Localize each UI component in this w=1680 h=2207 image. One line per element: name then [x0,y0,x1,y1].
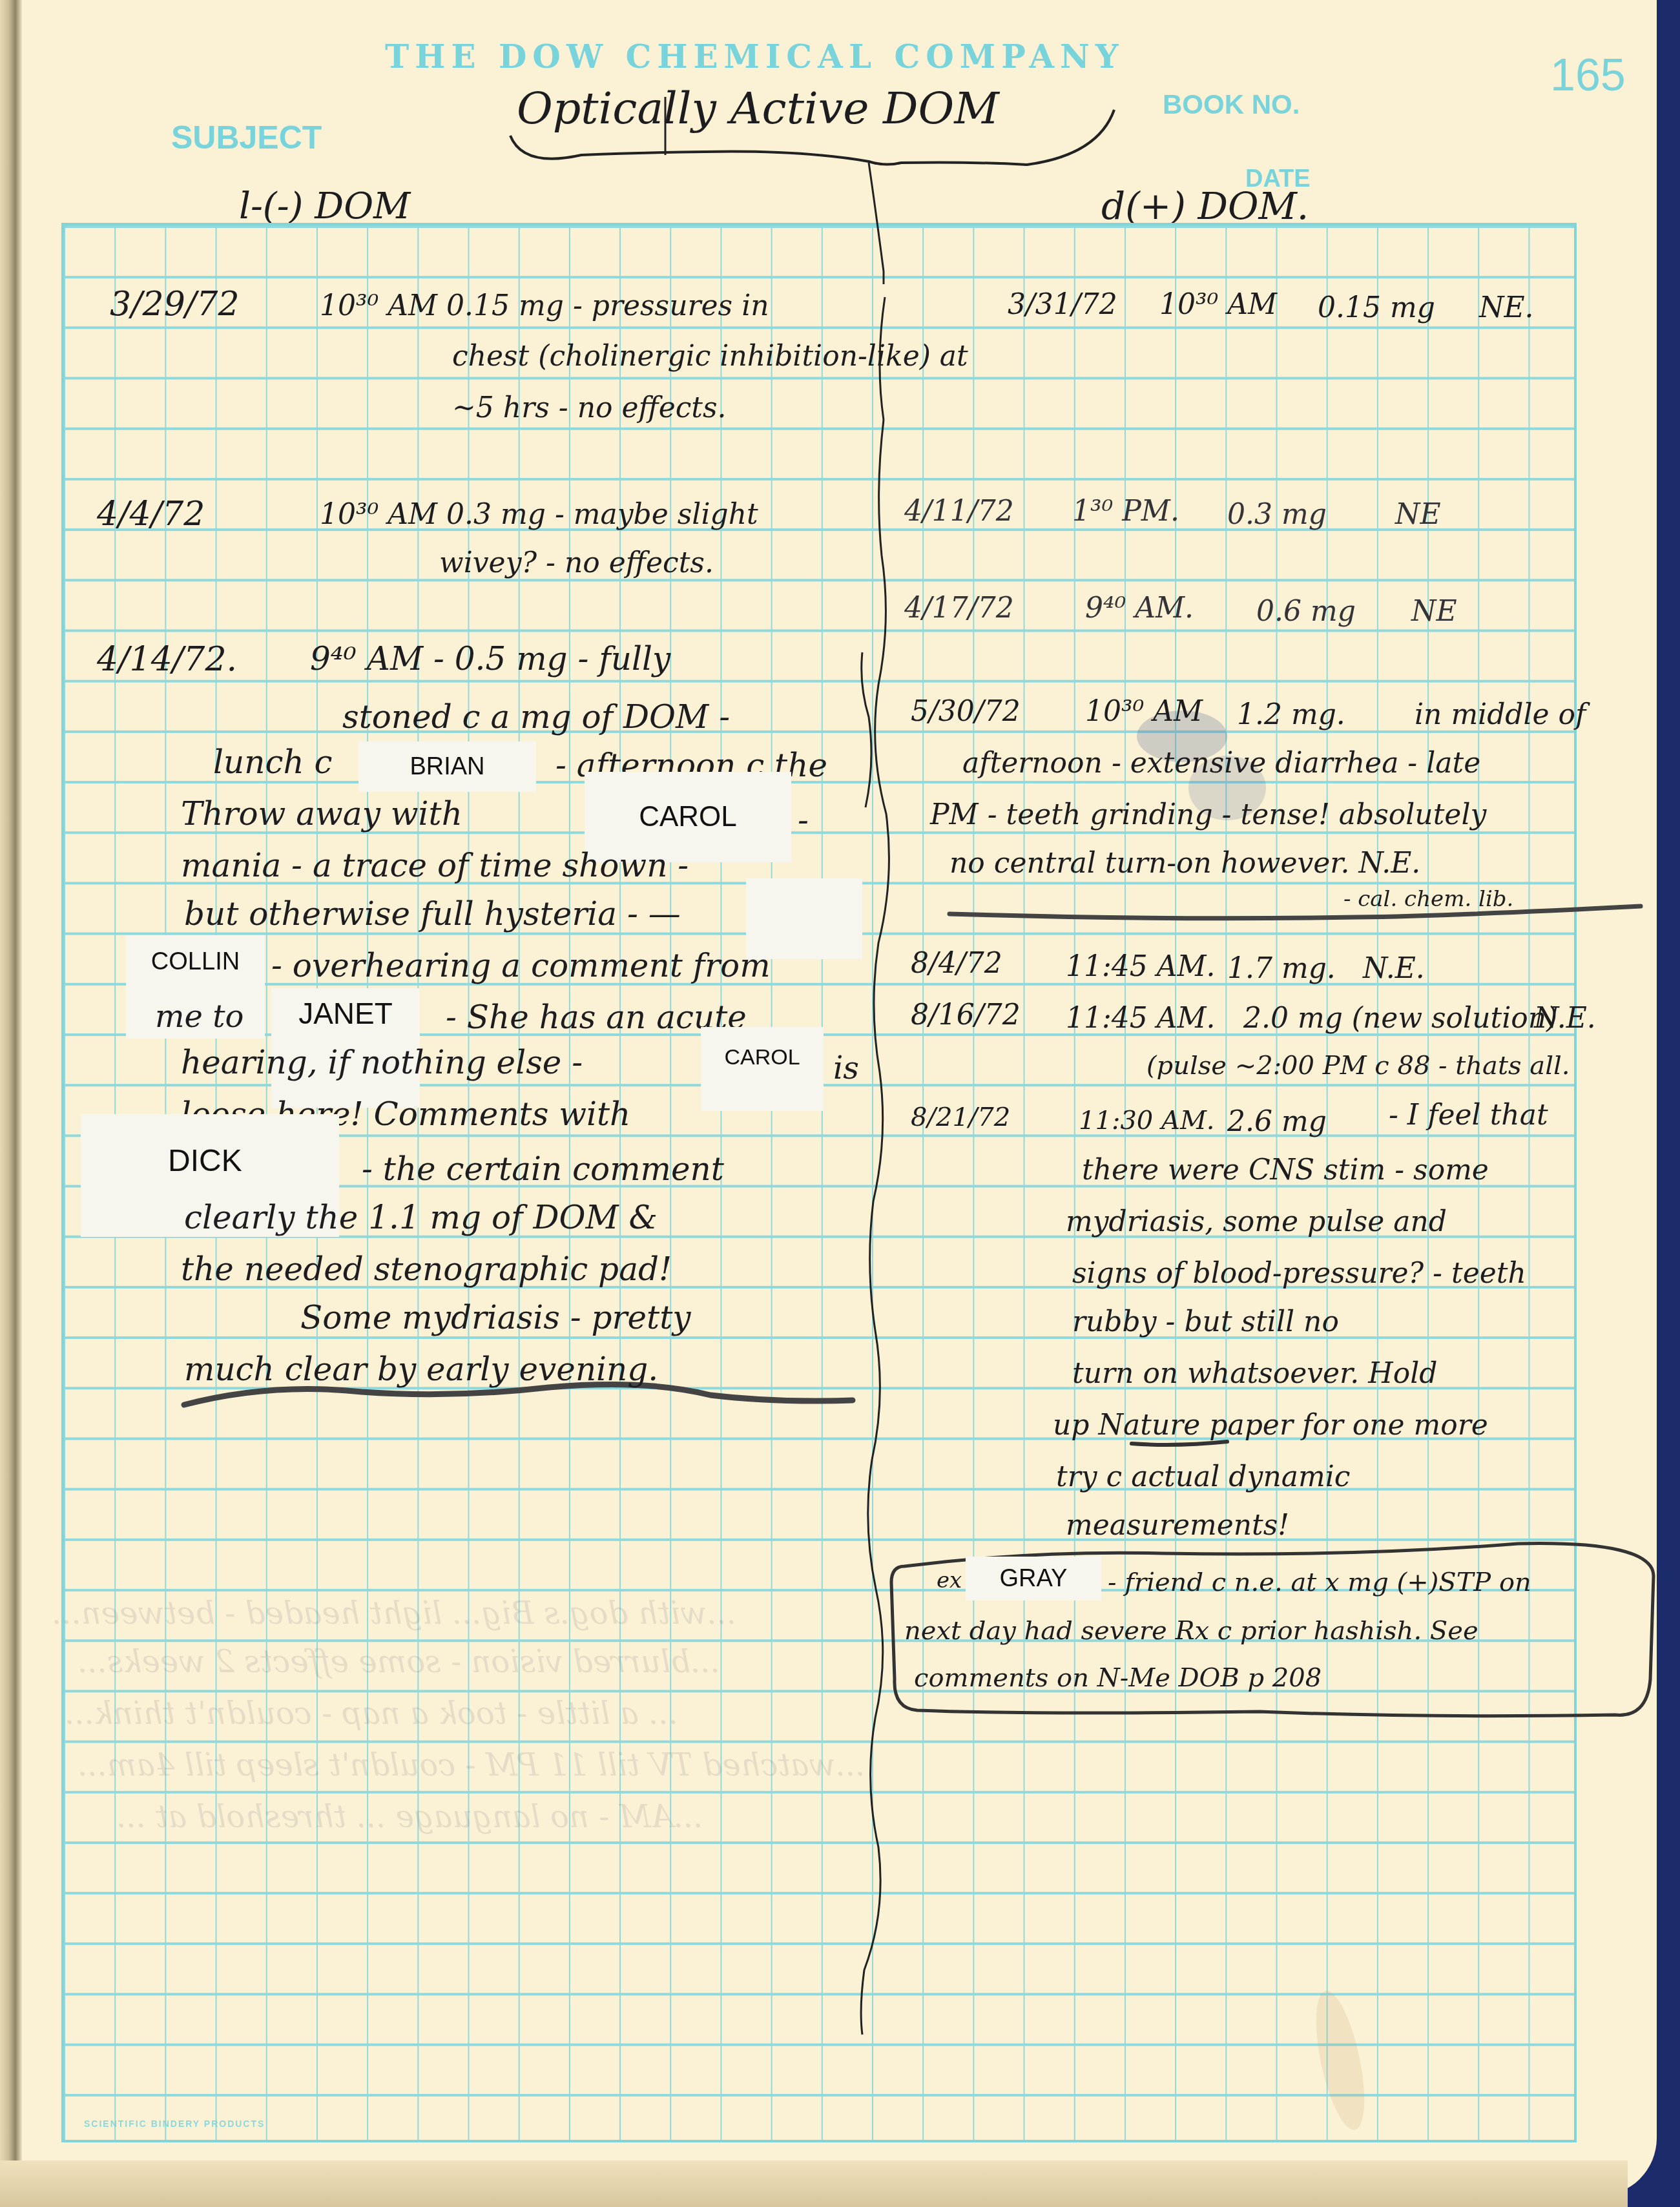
bleed-through-text: ...blurred vision - some effects 2 weeks… [78,1644,720,1680]
bleed-through-text: ...AM - no language ... threshold at ... [116,1799,703,1835]
note-line: - friend c n.e. at x mg (+)STP on [1108,1570,1531,1595]
entry-date: 8/16/72 [911,1001,1021,1030]
entry-line: me to [155,1001,244,1032]
entry-line: (pulse ~2:00 PM c 88 - thats all. [1146,1053,1570,1079]
entry-line: chest (cholinergic inhibition-like) at [452,342,968,371]
entry-line: there were CNS stim - some [1082,1156,1489,1185]
entry-line: afternoon - extensive diarrhea - late [962,749,1480,778]
entry-result: N.E. [1534,1004,1596,1033]
note-prefix: ex [937,1570,962,1591]
bleed-through-text: ...with dog.s Big... light headed - betw… [52,1595,736,1632]
entry-line: - [798,804,809,836]
entry-line: is [833,1053,859,1084]
entry-result: NE [1395,501,1441,529]
entry-date: 4/14/72. [97,643,237,676]
redaction-name-label: BRIAN [358,741,536,792]
entry-time: 11:45 AM. [1066,1004,1216,1033]
footer-imprint: SCIENTIFIC BINDERY PRODUCTS [84,2119,265,2129]
entry-line: wivey? - no effects. [439,549,714,577]
entry-line: PM - teeth grinding - tense! absolutely [930,801,1486,829]
entry-time: 9⁴⁰ AM. [1085,594,1194,623]
entry-line: 9⁴⁰ AM - 0.5 mg - fully [310,643,670,675]
left-column-heading: l-(-) DOM [239,189,410,225]
entry-date: 3/29/72 [110,287,239,321]
entry-time: 10³⁰ AM [1159,291,1277,319]
entry-dose: 1.2 mg. [1237,701,1345,729]
entry-dose: 0.6 mg [1256,597,1356,626]
entry-result: NE [1411,597,1457,626]
entry-dose: 0.15 mg [1318,294,1435,322]
entry-dose: 2.6 mg [1227,1108,1327,1136]
entry-line: ~5 hrs - no effects. [452,394,727,422]
entry-line: mania - a trace of time shown - [181,849,689,882]
right-column-heading: d(+) DOM. [1101,187,1309,225]
note-line: comments on N-Me DOB p 208 [914,1665,1322,1691]
entry-time: 11:45 AM. [1066,953,1216,981]
entry-result: N.E. [1363,955,1425,983]
entry-date: 8/21/72 [911,1104,1010,1130]
entry-date: 5/30/72 [911,698,1021,726]
entry-line: - the certain comment [362,1153,724,1185]
entry-line: hearing, if nothing else - [181,1046,583,1079]
entry-time: 10³⁰ AM [1085,698,1203,726]
entry-date: 4/17/72 [904,594,1014,623]
entry-line: the needed stenographic pad! [181,1253,672,1285]
entry-line: 10³⁰ AM 0.3 mg - maybe slight [320,501,758,529]
entry-time: 1³⁰ PM. [1072,497,1179,526]
entry-line: signs of blood-pressure? - teeth [1072,1259,1526,1288]
note-line: next day had severe Rx c prior hashish. … [904,1618,1478,1644]
page-stack-edge [0,2160,1628,2207]
redaction-name-label: GRAY [966,1557,1101,1601]
company-name: THE DOW CHEMICAL COMPANY [385,37,1124,76]
page-number: 165 [1550,49,1626,101]
entry-line: stoned c a mg of DOM - [342,701,730,733]
entry-line: in middle of [1415,701,1586,729]
entry-date: 4/4/72 [97,497,205,531]
subject-title: Optically Active DOM [517,87,999,131]
entry-line: up Nature paper for one more [1053,1411,1488,1440]
entry-result: NE. [1479,294,1534,322]
entry-line: no central turn-on however. N.E. [949,849,1420,878]
entry-time: 11:30 AM. [1079,1108,1215,1134]
entry-line: - cal. chem. lib. [1343,888,1513,910]
entry-line: try c actual dynamic [1056,1463,1350,1491]
entry-line: - overhearing a comment from [271,949,771,982]
entry-line: clearly the 1.1 mg of DOM & [184,1201,658,1234]
entry-line: - I feel that [1389,1101,1548,1130]
book-no-label: BOOK NO. [1163,89,1300,120]
entry-line: 10³⁰ AM 0.15 mg - pressures in [320,292,769,320]
entry-line: mydriasis, some pulse and [1066,1208,1447,1236]
page-gutter [0,0,22,2207]
bleed-through-text: ...watched TV till 11 PM - couldn't slee… [78,1747,865,1783]
entry-dose: 0.3 mg [1227,501,1327,529]
entry-dose: 2.0 mg (new solution) [1243,1004,1557,1033]
subject-label: SUBJECT [171,119,322,156]
entry-line: much clear by early evening. [184,1353,658,1385]
entry-line: rubby - but still no [1072,1308,1339,1336]
entry-line: measurements! [1066,1511,1289,1540]
entry-line: lunch c [213,746,333,778]
entry-date: 8/4/72 [911,949,1002,978]
entry-date: 4/11/72 [904,497,1014,526]
entry-line: Some mydriasis - pretty [300,1301,691,1334]
redaction-name-label: CAROL [701,1027,824,1111]
entry-line: but otherwise full hysteria - — [184,898,681,930]
bleed-through-text: ... a little - took a nap - couldn't thi… [65,1695,678,1732]
entry-line: Throw away with [181,798,462,830]
entry-dose: 1.7 mg. [1227,955,1336,983]
entry-date: 3/31/72 [1008,291,1117,319]
entry-line: turn on whatsoever. Hold [1072,1360,1437,1388]
